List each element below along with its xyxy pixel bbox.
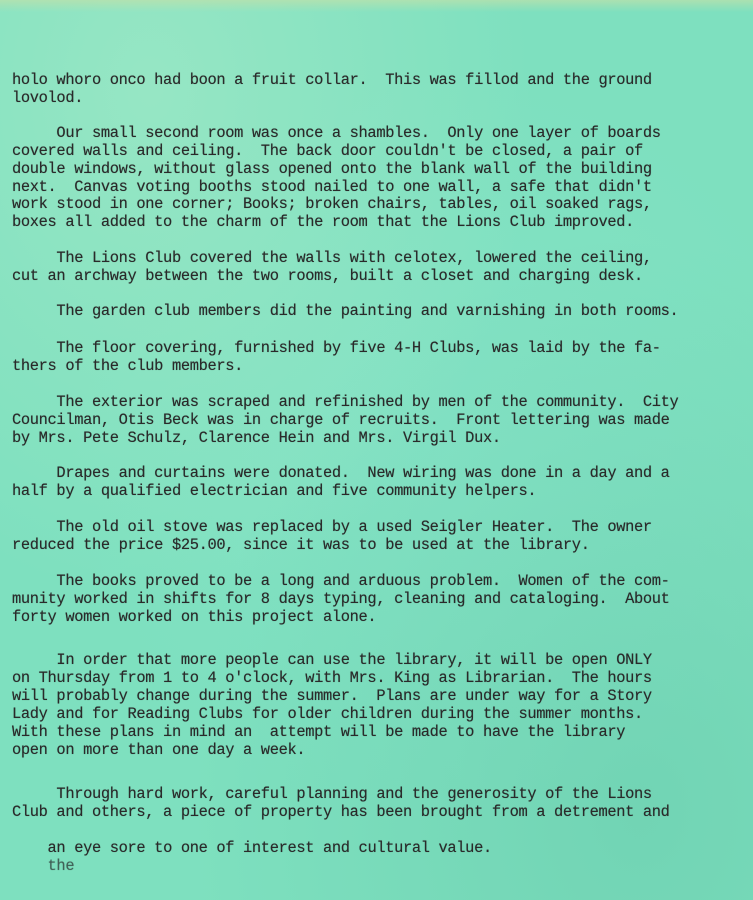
text-line: The Lions Club covered the walls with ce…	[12, 249, 652, 267]
text-line: holo whoro onco had boon a fruit collar.…	[12, 71, 652, 89]
faint-trailing-text: the	[48, 857, 75, 875]
text-line-content: an eye sore to one of interest and cultu…	[48, 839, 492, 857]
text-line: work stood in one corner; Books; broken …	[12, 195, 652, 213]
text-line: half by a qualified electrician and five…	[12, 482, 536, 500]
text-line: Lady and for Reading Clubs for older chi…	[12, 705, 643, 723]
text-line: The books proved to be a long and arduou…	[12, 572, 670, 590]
text-line: on Thursday from 1 to 4 o'clock, with Mr…	[12, 669, 652, 687]
text-line: Through hard work, careful planning and …	[12, 785, 652, 803]
text-line: reduced the price $25.00, since it was t…	[12, 536, 590, 554]
text-line: by Mrs. Pete Schulz, Clarence Hein and M…	[12, 429, 501, 447]
text-line: Our small second room was once a shamble…	[12, 124, 661, 142]
text-line: lovolod.	[12, 89, 83, 107]
text-line: double windows, without glass opened ont…	[12, 160, 652, 178]
paper-top-edge	[0, 0, 753, 12]
typed-document-page: holo whoro onco had boon a fruit collar.…	[0, 0, 753, 900]
text-line: boxes all added to the charm of the room…	[12, 213, 634, 231]
text-line: covered walls and ceiling. The back door…	[12, 142, 643, 160]
text-line: The old oil stove was replaced by a used…	[12, 518, 652, 536]
text-line: The exterior was scraped and refinished …	[12, 393, 678, 411]
text-line: Club and others, a piece of property has…	[12, 803, 670, 821]
text-line: The garden club members did the painting…	[12, 302, 678, 320]
text-line: Drapes and curtains were donated. New wi…	[12, 464, 670, 482]
text-line: forty women worked on this project alone…	[12, 608, 376, 626]
text-line: next. Canvas voting booths stood nailed …	[12, 178, 652, 196]
text-line: cut an archway between the two rooms, bu…	[12, 267, 643, 285]
text-line: The floor covering, furnished by five 4-…	[12, 339, 661, 357]
text-line: will probably change during the summer. …	[12, 687, 652, 705]
text-line: an eye sore to one of interest and cultu…	[12, 821, 492, 893]
text-line: In order that more people can use the li…	[12, 651, 652, 669]
text-line: Councilman, Otis Beck was in charge of r…	[12, 411, 670, 429]
text-line: open on more than one day a week.	[12, 741, 305, 759]
text-line: munity worked in shifts for 8 days typin…	[12, 590, 670, 608]
text-line: thers of the club members.	[12, 357, 243, 375]
text-line: With these plans in mind an attempt will…	[12, 723, 625, 741]
